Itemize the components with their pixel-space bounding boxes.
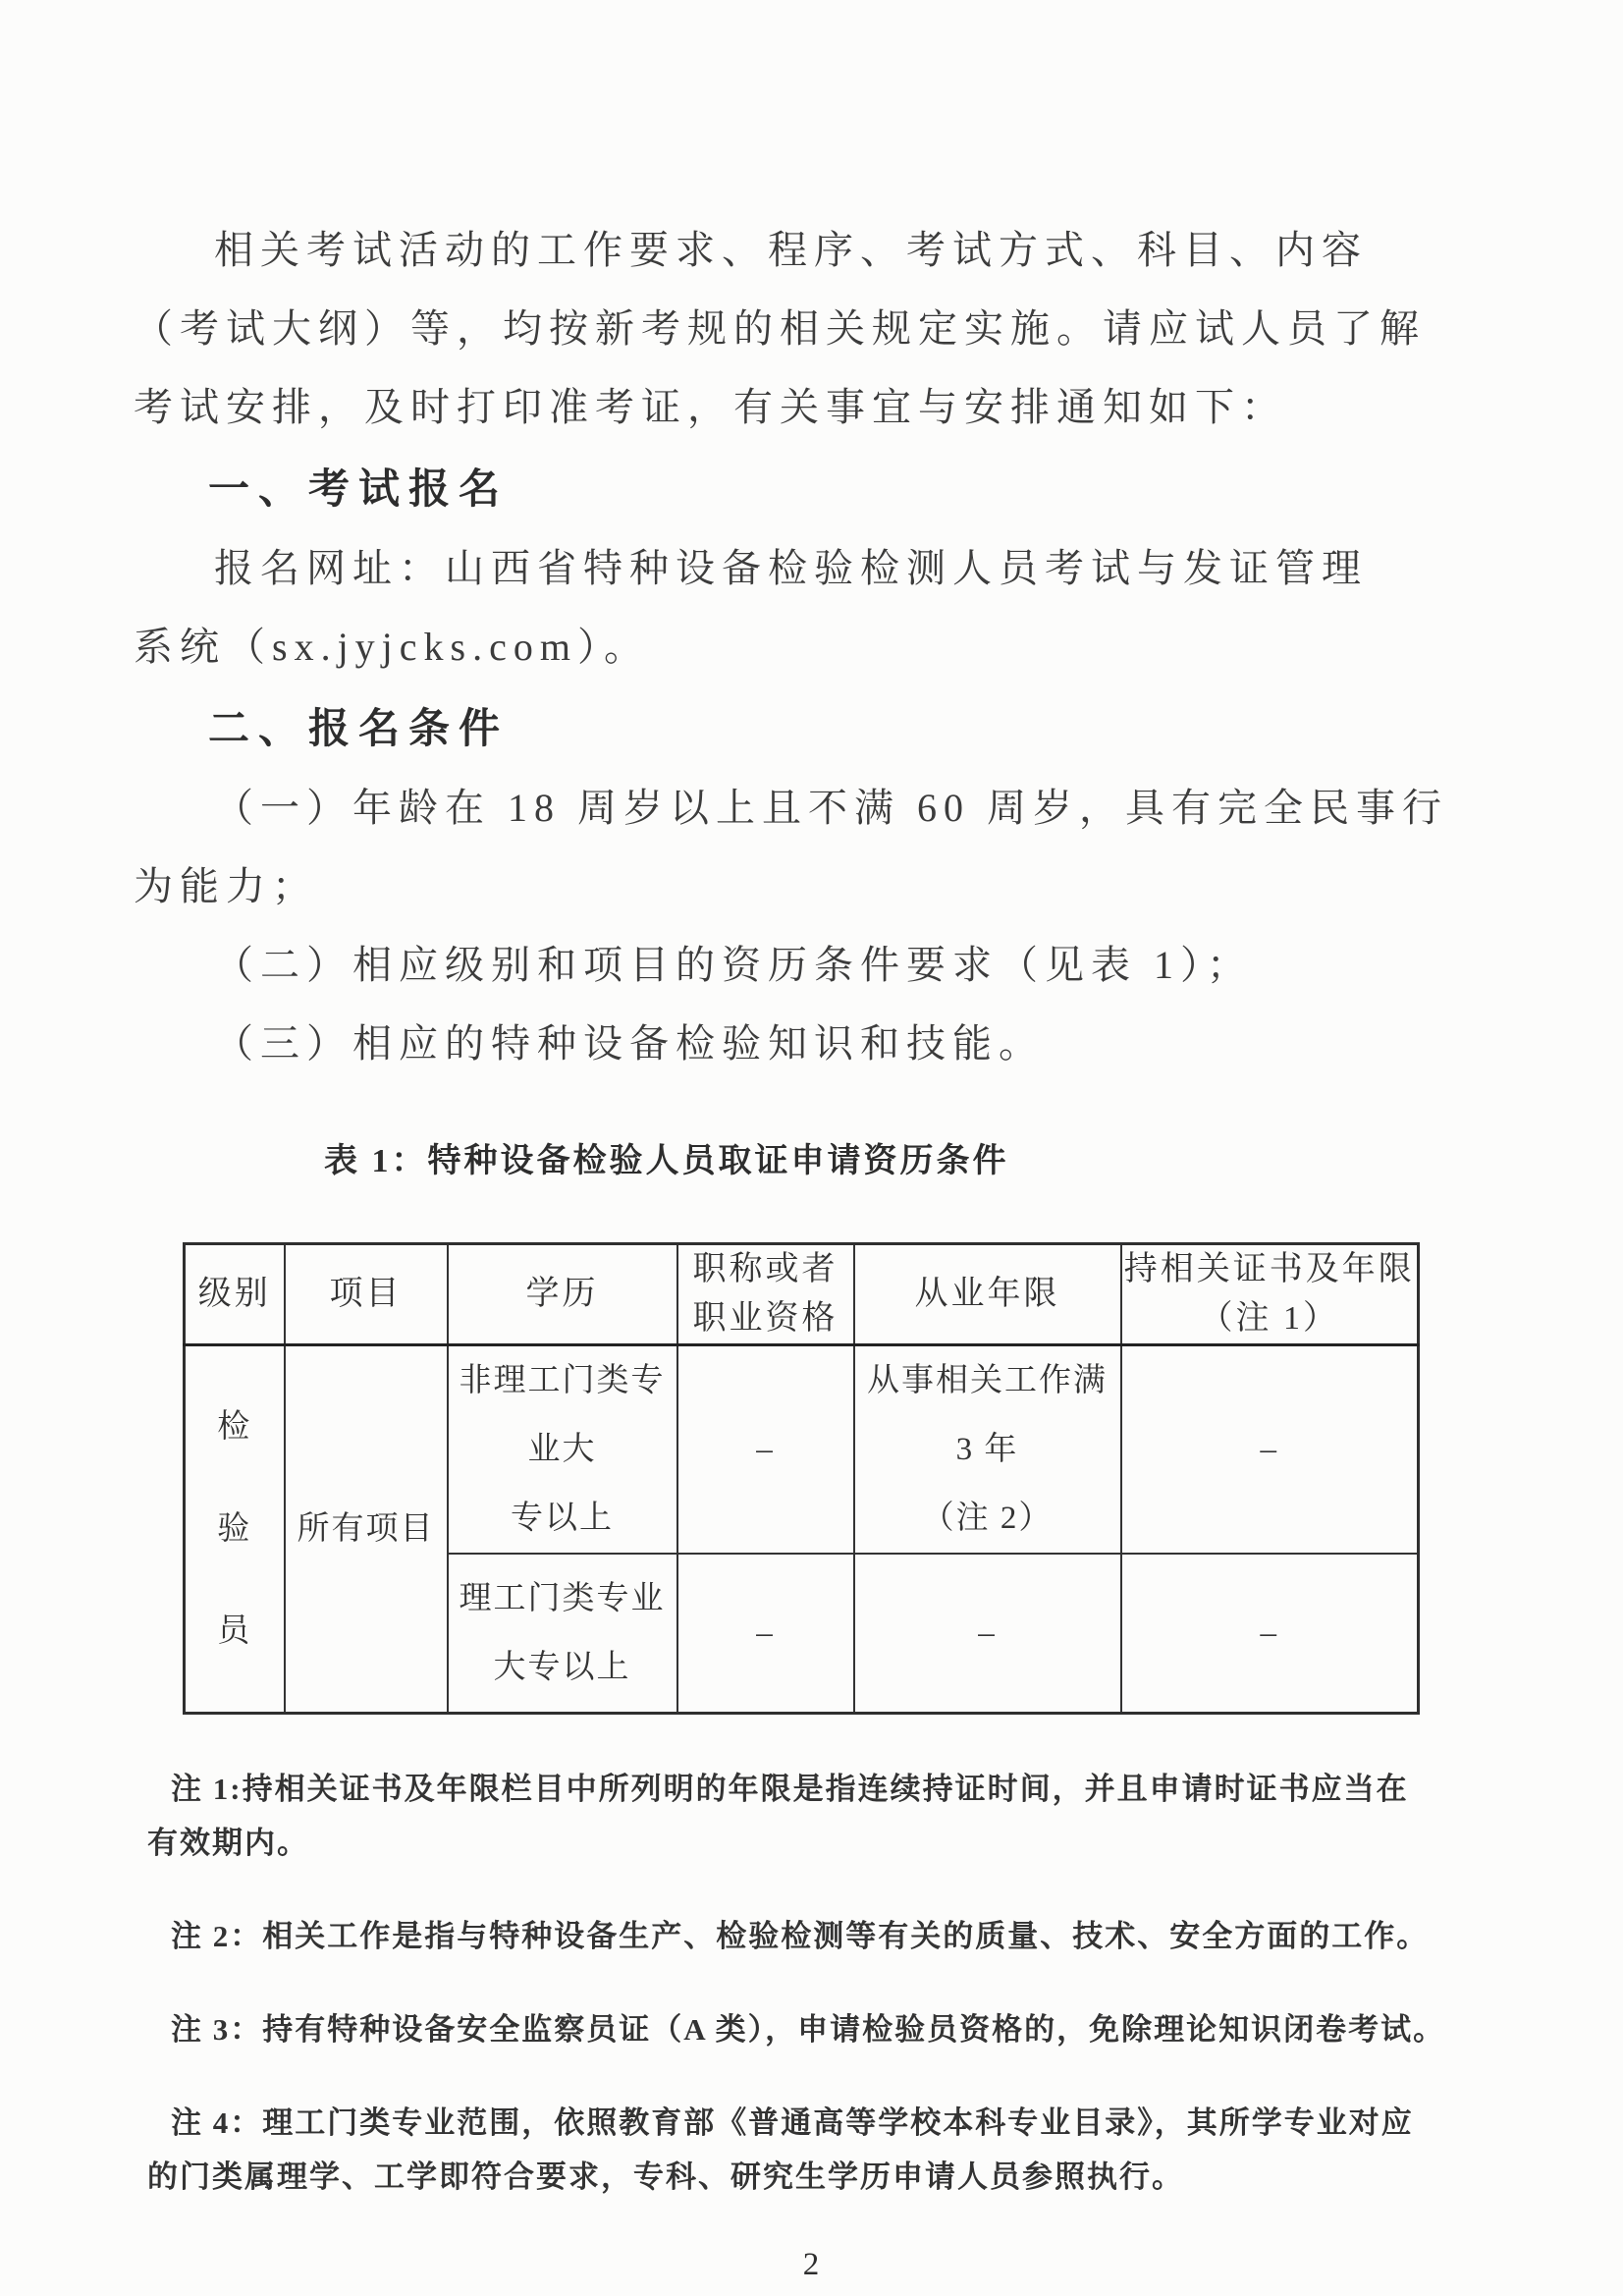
document-page: 相关考试活动的工作要求、程序、考试方式、科目、内容 （考试大纲）等，均按新考规的… [0,0,1623,2296]
condition-item-2: （二）相应级别和项目的资历条件要求（见表 1）； [134,926,1394,1005]
cell-education-1: 非理工门类专业大 专以上 [448,1345,677,1555]
col-header-title-qualification: 职称或者 职业资格 [677,1244,854,1345]
section-2-heading: 二、报名条件 [134,690,1394,769]
cell-experience-1: 从事相关工作满 3 年 （注 2） [854,1345,1121,1555]
cell-experience-2: – [854,1554,1121,1714]
col-header-work-years: 从业年限 [854,1244,1121,1345]
cell-education-2: 理工门类专业 大专以上 [448,1554,677,1714]
note-4: 注 4：理工门类专业范围，依照教育部《普通高等学校本科专业目录》，其所学专业对应… [147,2096,1434,2204]
qualification-table: 级别 项目 学历 职称或者 职业资格 从业年限 持相关证书及年限 （注 1） 检… [183,1242,1420,1715]
body-text: 相关考试活动的工作要求、程序、考试方式、科目、内容 （考试大纲）等，均按新考规的… [134,211,1394,1083]
cell-title-1: – [677,1345,854,1555]
col-header-education: 学历 [448,1244,677,1345]
table-caption: 表 1：特种设备检验人员取证申请资历条件 [134,1132,1623,1191]
intro-paragraph: 相关考试活动的工作要求、程序、考试方式、科目、内容 （考试大纲）等，均按新考规的… [134,211,1394,447]
table-row: 检 验 员 所有项目 非理工门类专业大 专以上 – 从事相关工作满 3 年 （注… [185,1345,1419,1555]
cell-level: 检 验 员 [185,1345,285,1714]
cell-project: 所有项目 [285,1345,448,1714]
note-1: 注 1:持相关证书及年限栏目中所列明的年限是指连续持证时间，并且申请时证书应当在… [147,1762,1434,1870]
cell-certificate-1: – [1121,1345,1419,1555]
notes-section: 注 1:持相关证书及年限栏目中所列明的年限是指连续持证时间，并且申请时证书应当在… [147,1762,1434,2204]
condition-item-3: （三）相应的特种设备检验知识和技能。 [134,1005,1394,1083]
col-header-project: 项目 [285,1244,448,1345]
cell-certificate-2: – [1121,1554,1419,1714]
note-3: 注 3：持有特种设备安全监察员证（A 类），申请检验员资格的，免除理论知识闭卷考… [147,2002,1434,2056]
condition-item-1: （一）年龄在 18 周岁以上且不满 60 周岁，具有完全民事行 为能力； [134,769,1394,926]
col-header-level: 级别 [185,1244,285,1345]
cell-title-2: – [677,1554,854,1714]
section-1-paragraph: 报名网址：山西省特种设备检验检测人员考试与发证管理 系统（sx.jyjcks.c… [134,529,1394,686]
section-1-heading: 一、考试报名 [134,451,1394,529]
table-header-row: 级别 项目 学历 职称或者 职业资格 从业年限 持相关证书及年限 （注 1） [185,1244,1419,1345]
note-2: 注 2：相关工作是指与特种设备生产、检验检测等有关的质量、技术、安全方面的工作。 [147,1909,1434,1963]
col-header-certificate-years: 持相关证书及年限 （注 1） [1121,1244,1419,1345]
page-number: 2 [134,2243,1488,2286]
